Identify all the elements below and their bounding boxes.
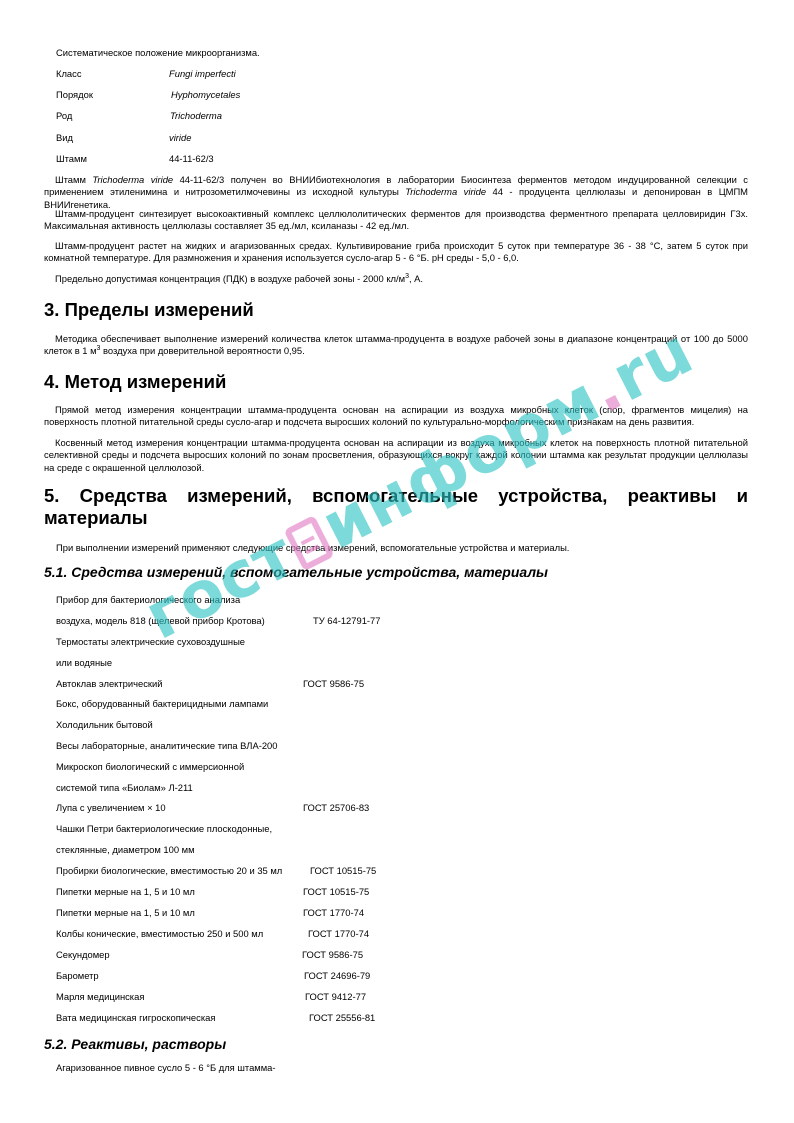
equipment-item-standard: ГОСТ 25706-83: [303, 802, 369, 814]
equipment-item-name: Барометр: [56, 970, 99, 982]
equipment-item-name: или водяные: [56, 657, 112, 669]
taxonomy-value-order: Hyphomycetales: [171, 89, 240, 101]
equipment-item-name: Марля медицинская: [56, 991, 144, 1003]
equipment-item-standard: ГОСТ 9586-75: [302, 949, 363, 961]
taxonomy-value-species: viride: [169, 132, 191, 144]
equipment-item-name: Бокс, оборудованный бактерицидными лампа…: [56, 698, 268, 710]
text: Штамм: [55, 174, 92, 185]
equipment-item-name: Чашки Петри бактериологические плоскодон…: [56, 823, 272, 835]
equipment-item-standard: ГОСТ 1770-74: [303, 907, 364, 919]
equipment-item-name: системой типа «Биолам» Л-211: [56, 782, 193, 794]
taxonomy-value-genus: Trichoderma: [170, 110, 222, 122]
text: Предельно допустимая концентрация (ПДК) …: [55, 273, 405, 284]
equipment-item-standard: ГОСТ 9412-77: [305, 991, 366, 1003]
subsection-5-1-heading: 5.1. Средства измерений, вспомогательные…: [44, 564, 548, 581]
text: , А.: [409, 273, 423, 284]
equipment-item-name: Вата медицинская гигроскопическая: [56, 1012, 215, 1024]
taxonomy-value-class: Fungi imperfecti: [169, 68, 236, 80]
section-5-heading: 5. Средства измерений, вспомогательные у…: [44, 485, 748, 529]
reagent-line: Агаризованное пивное сусло 5 - 6 °Б для …: [56, 1062, 276, 1074]
species-name: Trichoderma viride: [92, 174, 173, 185]
species-name: Trichoderma viride: [405, 186, 486, 197]
taxonomy-label-order: Порядок: [56, 89, 93, 101]
watermark-text: ru: [601, 315, 705, 417]
strain-paragraph-growth: Штамм-продуцент растет на жидких и агари…: [44, 240, 748, 265]
document-page: Систематическое положение микроорганизма…: [0, 0, 794, 1123]
section-4-heading: 4. Метод измерений: [44, 371, 748, 393]
equipment-item-standard: ТУ 64-12791-77: [313, 615, 380, 627]
strain-paragraph-mac: Предельно допустимая концентрация (ПДК) …: [44, 273, 748, 285]
section-4-paragraph-direct: Прямой метод измерения концентрации штам…: [44, 404, 748, 429]
watermark-text: гост: [134, 518, 307, 655]
strain-paragraph-origin: Штамм Trichoderma viride 44-11-62/3 полу…: [44, 174, 748, 211]
section-3-paragraph: Методика обеспечивает выполнение измерен…: [44, 333, 748, 358]
taxonomy-label-class: Класс: [56, 68, 82, 80]
heading-line: 5. Средства измерений, вспомогательные у…: [44, 485, 748, 507]
equipment-item-name: Прибор для бактериологического анализа: [56, 594, 240, 606]
taxonomy-label-strain: Штамм: [56, 153, 87, 165]
equipment-item-standard: ГОСТ 1770-74: [308, 928, 369, 940]
section-5-intro: При выполнении измерений применяют следу…: [56, 542, 569, 554]
equipment-item-name: Холодильник бытовой: [56, 719, 153, 731]
equipment-item-name: воздуха, модель 818 (щелевой прибор Крот…: [56, 615, 265, 627]
taxonomy-value-strain: 44-11-62/3: [169, 153, 214, 165]
subsection-5-2-heading: 5.2. Реактивы, растворы: [44, 1036, 226, 1053]
taxonomy-label-genus: Род: [56, 110, 72, 122]
heading-line: материалы: [44, 507, 148, 528]
taxonomy-intro: Систематическое положение микроорганизма…: [56, 47, 260, 59]
equipment-item-standard: ГОСТ 9586-75: [303, 678, 364, 690]
equipment-item-name: Термостаты электрические суховоздушные: [56, 636, 245, 648]
equipment-item-standard: ГОСТ 24696-79: [304, 970, 370, 982]
equipment-item-name: Весы лабораторные, аналитические типа ВЛ…: [56, 740, 277, 752]
section-3-heading: 3. Пределы измерений: [44, 299, 748, 321]
strain-paragraph-enzymes: Штамм-продуцент синтезирует высокоактивн…: [44, 208, 748, 233]
equipment-item-name: Пипетки мерные на 1, 5 и 10 мл: [56, 907, 195, 919]
equipment-item-standard: ГОСТ 10515-75: [310, 865, 376, 877]
equipment-item-name: Колбы конические, вместимостью 250 и 500…: [56, 928, 263, 940]
equipment-item-name: Секундомер: [56, 949, 110, 961]
equipment-item-name: Автоклав электрический: [56, 678, 162, 690]
equipment-item-name: Пробирки биологические, вместимостью 20 …: [56, 865, 282, 877]
equipment-item-name: стеклянные, диаметром 100 мм: [56, 844, 195, 856]
equipment-item-standard: ГОСТ 10515-75: [303, 886, 369, 898]
taxonomy-label-species: Вид: [56, 132, 73, 144]
equipment-item-name: Микроскоп биологический с иммерсионной: [56, 761, 244, 773]
section-4-paragraph-indirect: Косвенный метод измерения концентрации ш…: [44, 437, 748, 474]
equipment-item-name: Пипетки мерные на 1, 5 и 10 мл: [56, 886, 195, 898]
equipment-item-standard: ГОСТ 25556-81: [309, 1012, 375, 1024]
equipment-item-name: Лупа с увеличением × 10: [56, 802, 166, 814]
text: воздуха при доверительной вероятности 0,…: [100, 345, 304, 356]
